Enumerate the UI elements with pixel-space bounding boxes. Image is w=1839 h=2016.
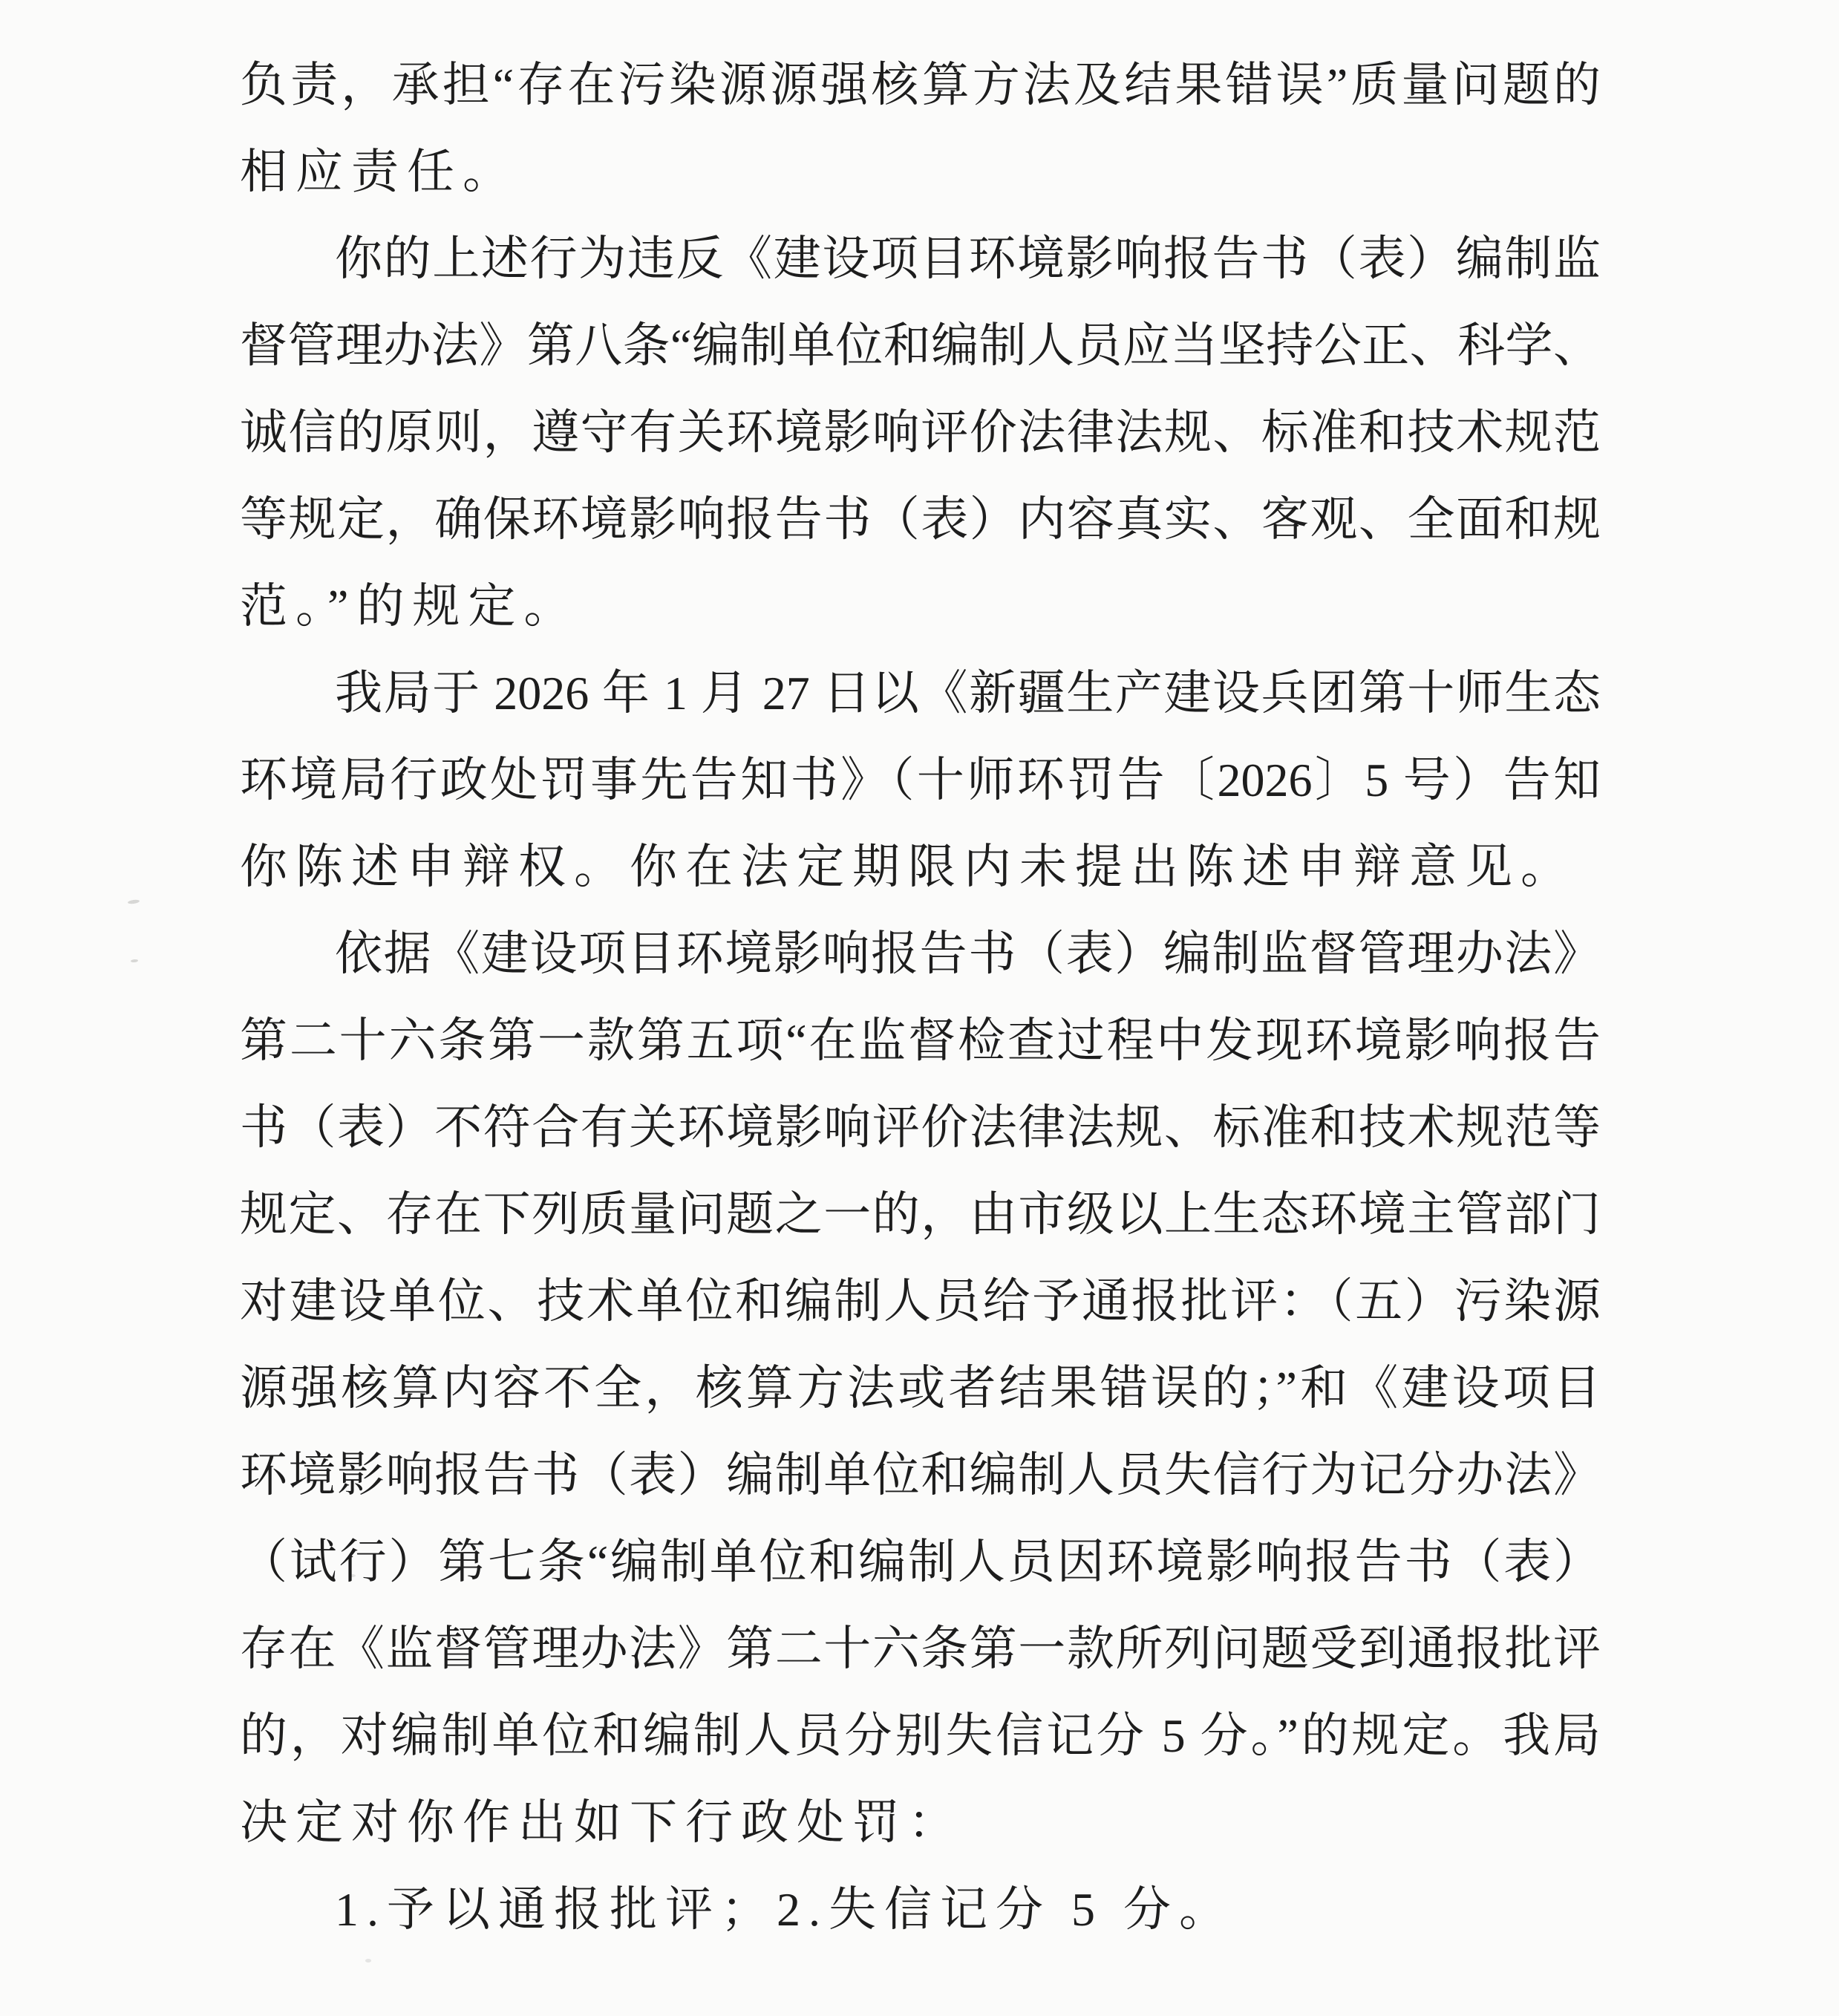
scan-speck	[131, 959, 138, 963]
text-line: 决定对你作出如下行政处罚：	[240, 1779, 1601, 1866]
scanned-document-page: 负责，承担“存在污染源源强核算方法及结果错误”质量问题的 相应责任。 你的上述行…	[0, 0, 1839, 2016]
text-line: 源强核算内容不全，核算方法或者结果错误的；”和《建设项目	[240, 1345, 1601, 1432]
paragraph-legal-basis: 依据《建设项目环境影响报告书（表）编制监督管理办法》 第二十六条第一款第五项“在…	[240, 910, 1601, 1866]
scan-speck	[365, 1959, 371, 1963]
text-line: 依据《建设项目环境影响报告书（表）编制监督管理办法》	[240, 910, 1601, 997]
text-line: 存在《监督管理办法》第二十六条第一款所列问题受到通报批评	[240, 1605, 1601, 1692]
text-line: 你的上述行为违反《建设项目环境影响报告书（表）编制监	[240, 215, 1601, 302]
text-line: 诚信的原则，遵守有关环境影响评价法律法规、标准和技术规范	[240, 389, 1601, 476]
text-line: （试行）第七条“编制单位和编制人员因环境影响报告书（表）	[240, 1518, 1601, 1605]
paragraph-continuation: 负责，承担“存在污染源源强核算方法及结果错误”质量问题的 相应责任。	[240, 42, 1601, 215]
text-line: 我局于 2026 年 1 月 27 日以《新疆生产建设兵团第十师生态	[240, 650, 1601, 737]
text-line: 对建设单位、技术单位和编制人员给予通报批评：（五）污染源	[240, 1258, 1601, 1345]
text-line: 规定、存在下列质量问题之一的，由市级以上生态环境主管部门	[240, 1171, 1601, 1258]
text-line: 1.予以通报批评；2.失信记分 5 分。	[240, 1866, 1601, 1953]
paragraph-violation: 你的上述行为违反《建设项目环境影响报告书（表）编制监 督管理办法》第八条“编制单…	[240, 215, 1601, 650]
text-line: 范。”的规定。	[240, 563, 1601, 650]
text-line: 督管理办法》第八条“编制单位和编制人员应当坚持公正、科学、	[240, 302, 1601, 389]
scan-speck	[128, 899, 140, 904]
text-line: 负责，承担“存在污染源源强核算方法及结果错误”质量问题的	[240, 42, 1601, 128]
text-line: 环境影响报告书（表）编制单位和编制人员失信行为记分办法》	[240, 1432, 1601, 1518]
document-body: 负责，承担“存在污染源源强核算方法及结果错误”质量问题的 相应责任。 你的上述行…	[240, 42, 1601, 1953]
text-line: 等规定，确保环境影响报告书（表）内容真实、客观、全面和规	[240, 476, 1601, 563]
text-line: 你陈述申辩权。你在法定期限内未提出陈述申辩意见。	[240, 823, 1601, 910]
text-line: 环境局行政处罚事先告知书》（十师环罚告〔2026〕5 号）告知	[240, 737, 1601, 823]
paragraph-penalty-items: 1.予以通报批评；2.失信记分 5 分。	[240, 1866, 1601, 1953]
text-line: 的，对编制单位和编制人员分别失信记分 5 分。”的规定。我局	[240, 1692, 1601, 1779]
text-line: 书（表）不符合有关环境影响评价法律法规、标准和技术规范等	[240, 1084, 1601, 1171]
text-line: 第二十六条第一款第五项“在监督检查过程中发现环境影响报告	[240, 997, 1601, 1084]
paragraph-notification: 我局于 2026 年 1 月 27 日以《新疆生产建设兵团第十师生态 环境局行政…	[240, 650, 1601, 910]
text-line: 相应责任。	[240, 128, 1601, 215]
